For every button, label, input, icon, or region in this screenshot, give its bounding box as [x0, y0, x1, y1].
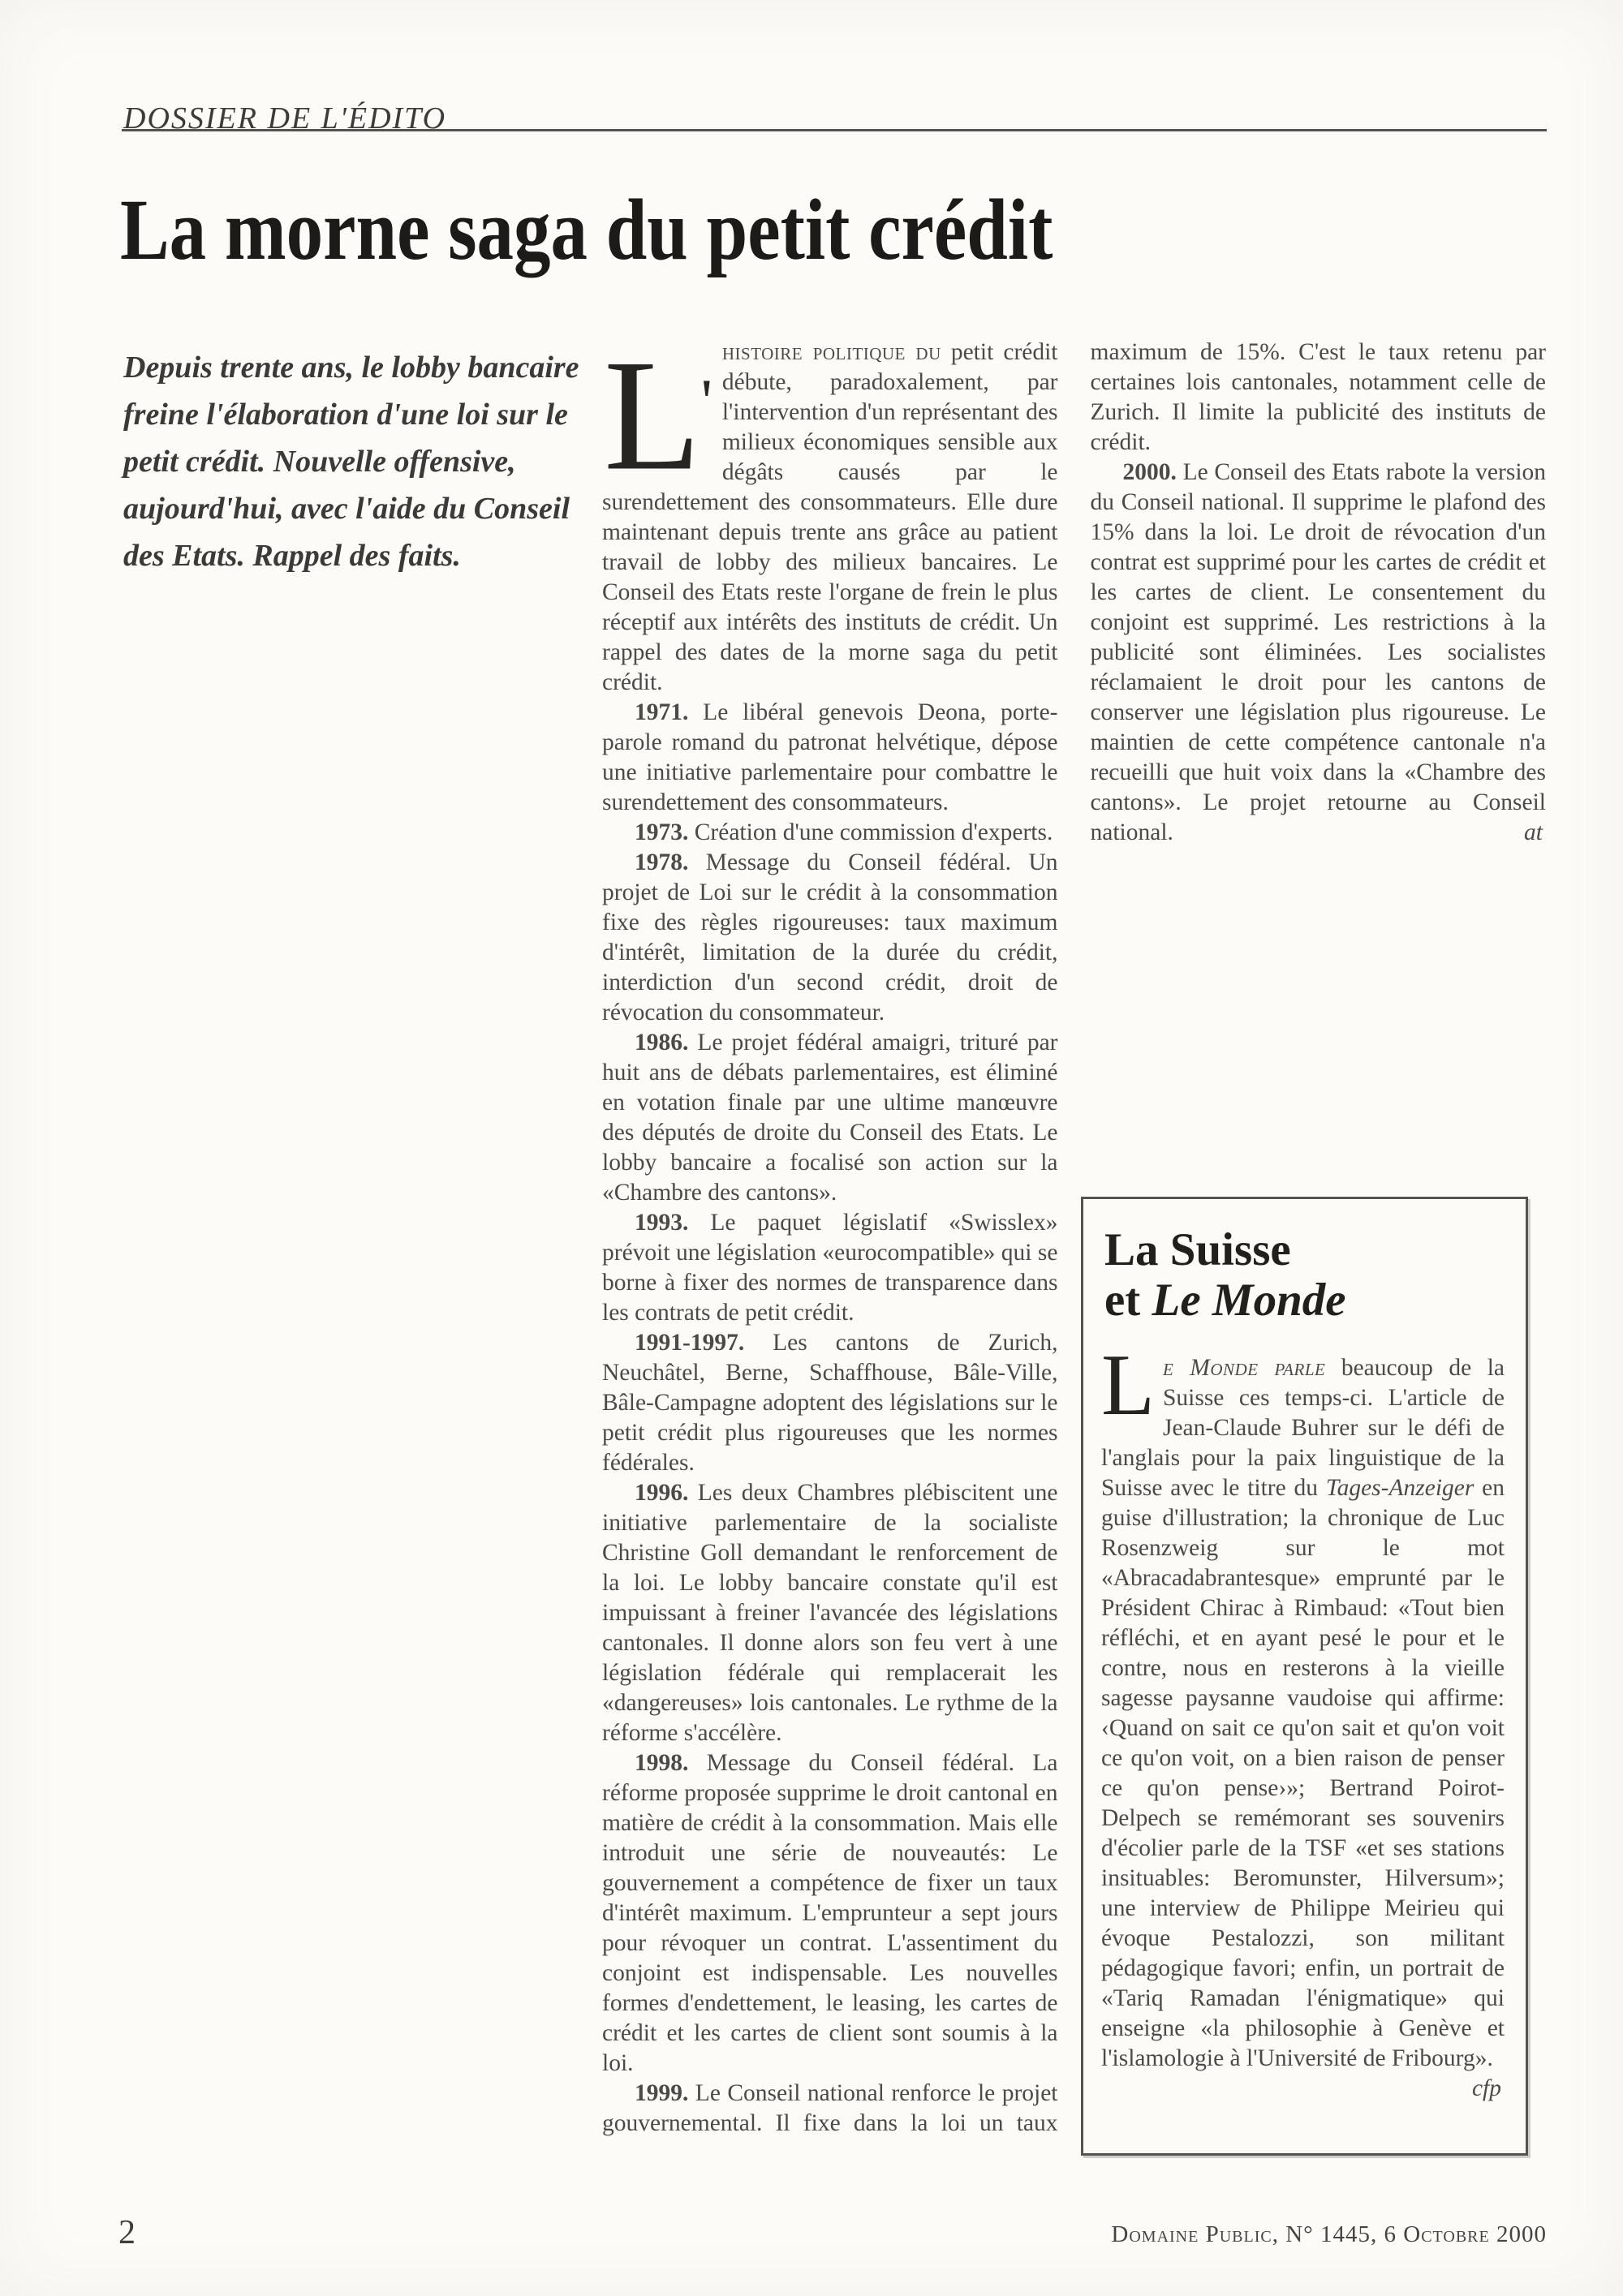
box-title-journal-name: Le Monde — [1152, 1275, 1346, 1326]
timeline-entry-1986: 1986. Le projet fédéral amaigri, trituré… — [602, 1028, 1058, 1208]
standfirst: Depuis trente ans, le lobby bancaire fre… — [123, 344, 594, 579]
box-text: beaucoup de la Suisse ces temps-ci. L'ar… — [1101, 1355, 1505, 2071]
entry-text: Les deux Chambres plébiscitent une initi… — [602, 1480, 1058, 1746]
box-title: La Suisse et Le Monde — [1104, 1225, 1505, 1326]
timeline-entry-1973: 1973. Création d'une commission d'expert… — [602, 818, 1058, 848]
page-number: 2 — [118, 2213, 136, 2252]
year-label: 1998. — [635, 1750, 688, 1776]
box-title-line1: La Suisse — [1104, 1224, 1291, 1275]
entry-text: Création d'une commission d'experts. — [695, 819, 1053, 845]
entry-text: Message du Conseil fédéral. Un projet de… — [602, 849, 1058, 1025]
entry-text: Message du Conseil fédéral. La réforme p… — [602, 1750, 1058, 2076]
lead-smallcaps: histoire politique du — [722, 339, 941, 365]
year-label: 1973. — [635, 819, 688, 845]
box-body: Le Monde parle beaucoup de la Suisse ces… — [1101, 1353, 1505, 2074]
year-label: 1991-1997. — [635, 1330, 744, 1356]
year-label: 2000. — [1123, 459, 1177, 485]
dropcap-apostrophe: ' — [701, 366, 712, 436]
timeline-entry-1978: 1978. Message du Conseil fédéral. Un pro… — [602, 848, 1058, 1028]
author-initials: at — [1492, 818, 1546, 848]
year-label: 1971. — [635, 699, 688, 725]
timeline-entry-2000: 2000. Le Conseil des Etats rabote la ver… — [1091, 458, 1547, 848]
timeline-entry-1998: 1998. Message du Conseil fédéral. La réf… — [602, 1748, 1058, 2079]
year-label: 1993. — [635, 1210, 688, 1236]
year-label: 1999. — [635, 2080, 688, 2106]
year-label: 1996. — [635, 1480, 688, 1506]
entry-text: Le projet fédéral amaigri, trituré par h… — [602, 1030, 1058, 1206]
dropcap: L' — [604, 341, 712, 462]
magazine-page: DOSSIER DE L'ÉDITO La morne saga du peti… — [0, 0, 1623, 2296]
issue-info: Domaine Public, N° 1445, 6 Octobre 2000 — [1111, 2221, 1547, 2248]
timeline-entry-1971: 1971. Le libéral genevois Deona, porte-p… — [602, 698, 1058, 818]
box-title-line2-prefix: et — [1104, 1275, 1152, 1326]
timeline-entry-1993: 1993. Le paquet législatif «Swisslex» pr… — [602, 1208, 1058, 1328]
kicker-rule — [122, 129, 1547, 131]
box-author-initials: cfp — [1472, 2074, 1505, 2104]
lead-paragraph: L'histoire politique du petit crédit déb… — [602, 338, 1058, 698]
article-title: La morne saga du petit crédit — [120, 187, 1053, 274]
entry-text: Le Conseil des Etats rabote la version d… — [1091, 459, 1547, 845]
year-label: 1986. — [635, 1030, 688, 1056]
box-smallcaps: e Monde parle — [1163, 1355, 1325, 1381]
box-dropcap: L — [1101, 1355, 1155, 1417]
timeline-entry-1996: 1996. Les deux Chambres plébiscitent une… — [602, 1478, 1058, 1748]
timeline-entry-1991-1997: 1991-1997. Les cantons de Zurich, Neuchâ… — [602, 1328, 1058, 1478]
year-label: 1978. — [635, 849, 688, 875]
sidebar-box: La Suisse et Le Monde Le Monde parle bea… — [1081, 1197, 1528, 2156]
